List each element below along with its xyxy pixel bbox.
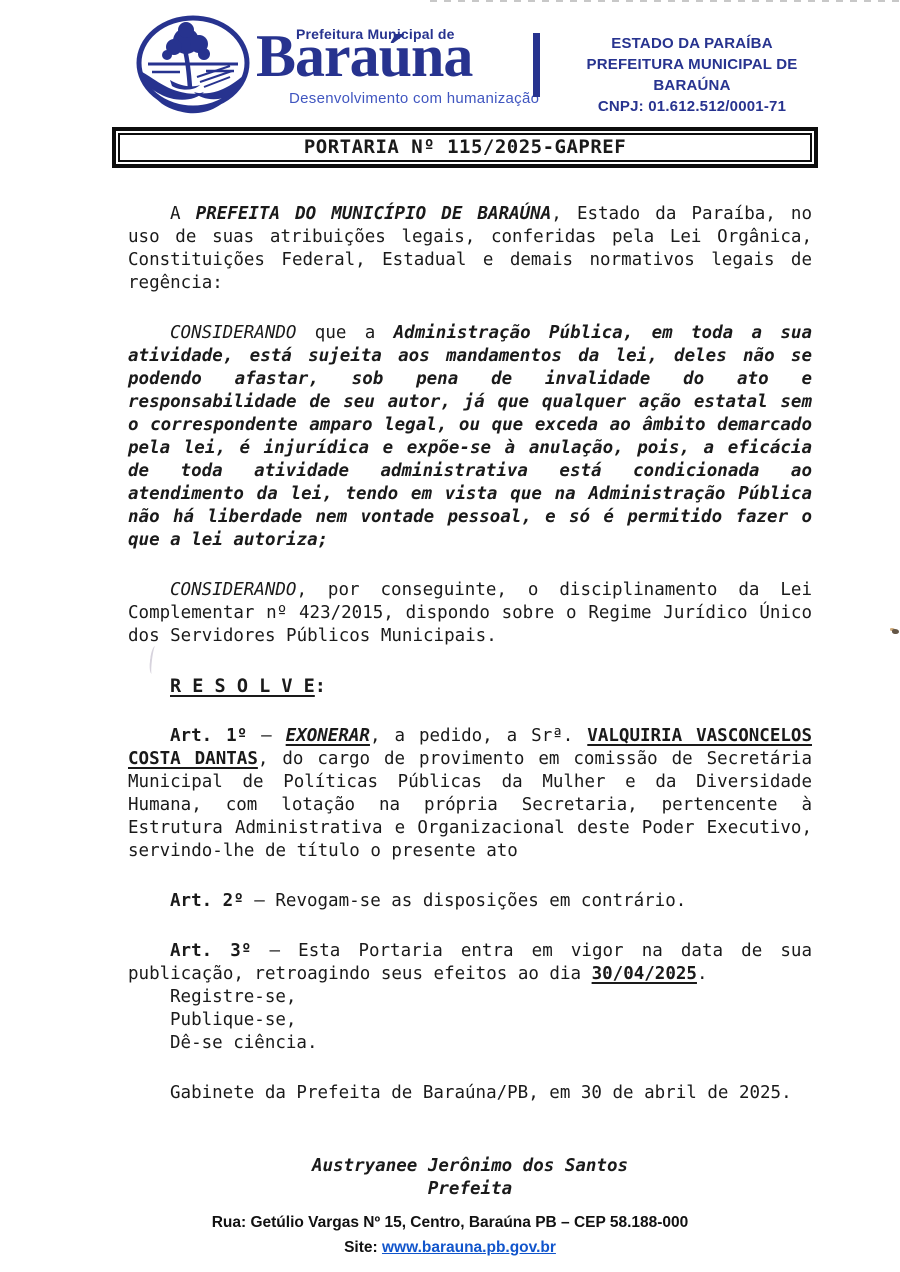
article-2: Art. 2º – Revogam-se as disposições em c… xyxy=(128,890,812,913)
signature-name: Austryanee Jerônimo dos Santos xyxy=(128,1155,812,1178)
logo-tagline: Desenvolvimento com humanização xyxy=(289,90,539,107)
considerando-1: CONSIDERANDO que a Administração Pública… xyxy=(128,322,812,552)
scanned-document-page: Prefeitura Municipal de Baraúna Desenvol… xyxy=(0,0,900,1272)
opening-paragraph: A PREFEITA DO MUNICÍPIO DE BARAÚNA, Esta… xyxy=(128,203,812,295)
document-footer: Rua: Getúlio Vargas Nº 15, Centro, Baraú… xyxy=(0,1210,900,1260)
gabinete-line: Gabinete da Prefeita de Baraúna/PB, em 3… xyxy=(128,1082,812,1105)
org-state-line: ESTADO DA PARAÍBA xyxy=(548,33,836,54)
org-cnpj-line: CNPJ: 01.612.512/0001-71 xyxy=(548,96,836,117)
scan-speck-artifact xyxy=(892,629,899,634)
registre-line: Registre-se, xyxy=(128,986,812,1009)
considerando-2: CONSIDERANDO, por conseguinte, o discipl… xyxy=(128,579,812,648)
municipality-logo-tree-hands-icon xyxy=(134,14,252,116)
publique-line: Publique-se, xyxy=(128,1009,812,1032)
footer-site-label: Site: xyxy=(344,1239,382,1256)
footer-address: Rua: Getúlio Vargas Nº 15, Centro, Baraú… xyxy=(0,1210,900,1235)
document-title: PORTARIA Nº 115/2025-GAPREF xyxy=(118,133,812,162)
org-name-line: PREFEITURA MUNICIPAL DE BARAÚNA xyxy=(548,54,836,96)
resolve-heading: R E S O L V E: xyxy=(128,675,812,698)
document-title-box: PORTARIA Nº 115/2025-GAPREF xyxy=(112,127,818,168)
article-1: Art. 1º – EXONERAR, a pedido, a Srª. VAL… xyxy=(128,725,812,863)
article-3: Art. 3º – Esta Portaria entra em vigor n… xyxy=(128,940,812,986)
footer-site-link[interactable]: www.barauna.pb.gov.br xyxy=(382,1239,556,1256)
org-identification-block: ESTADO DA PARAÍBA PREFEITURA MUNICIPAL D… xyxy=(548,33,836,117)
document-body: A PREFEITA DO MUNICÍPIO DE BARAÚNA, Esta… xyxy=(128,203,812,1201)
signature-role: Prefeita xyxy=(128,1178,812,1201)
logo-wordmark: Baraúna xyxy=(256,26,472,86)
header-divider xyxy=(533,33,540,97)
scan-edge-artifact xyxy=(430,0,900,2)
footer-site-line: Site: www.barauna.pb.gov.br xyxy=(0,1235,900,1260)
ciencia-line: Dê-se ciência. xyxy=(128,1032,812,1055)
